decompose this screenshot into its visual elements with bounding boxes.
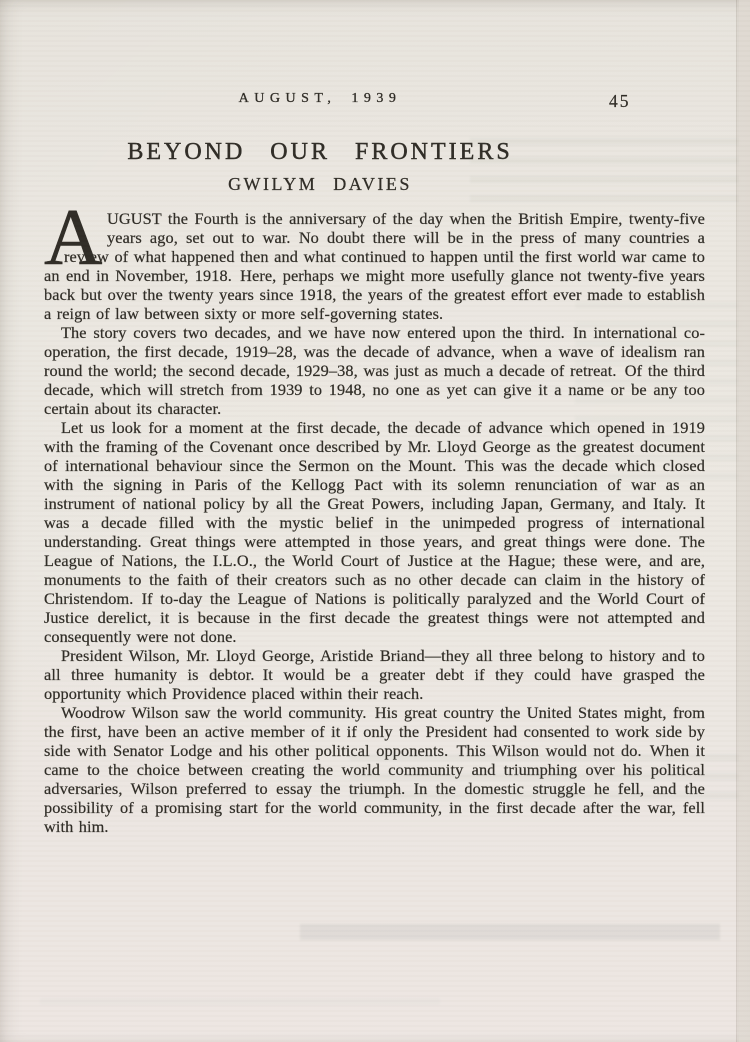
page-number: 45 [609,91,631,112]
paragraph: The story covers two decades, and we hav… [44,323,705,418]
paragraph-text: UGUST the Fourth is the anniversary of t… [44,209,705,323]
running-head-text: AUGUST, 1939 [0,91,640,107]
scanned-book-page: AUGUST, 1939 45 BEYOND OUR FRONTIERS GWI… [0,0,750,1042]
paragraph: Woodrow Wilson saw the world community. … [44,703,705,836]
article-title: BEYOND OUR FRONTIERS [0,139,640,165]
article-byline: GWILYM DAVIES [0,174,640,194]
article-heading-block: BEYOND OUR FRONTIERS GWILYM DAVIES [0,139,640,194]
paragraph: Let us look for a moment at the first de… [44,418,705,646]
running-header: AUGUST, 1939 45 [0,0,750,113]
paragraph: AUGUST the Fourth is the anniversary of … [44,209,705,323]
show-through-smudge [40,986,440,1008]
paragraph: President Wilson, Mr. Lloyd George, Aris… [44,646,705,703]
show-through-smudge [300,924,720,940]
article-body: AUGUST the Fourth is the anniversary of … [0,209,750,836]
